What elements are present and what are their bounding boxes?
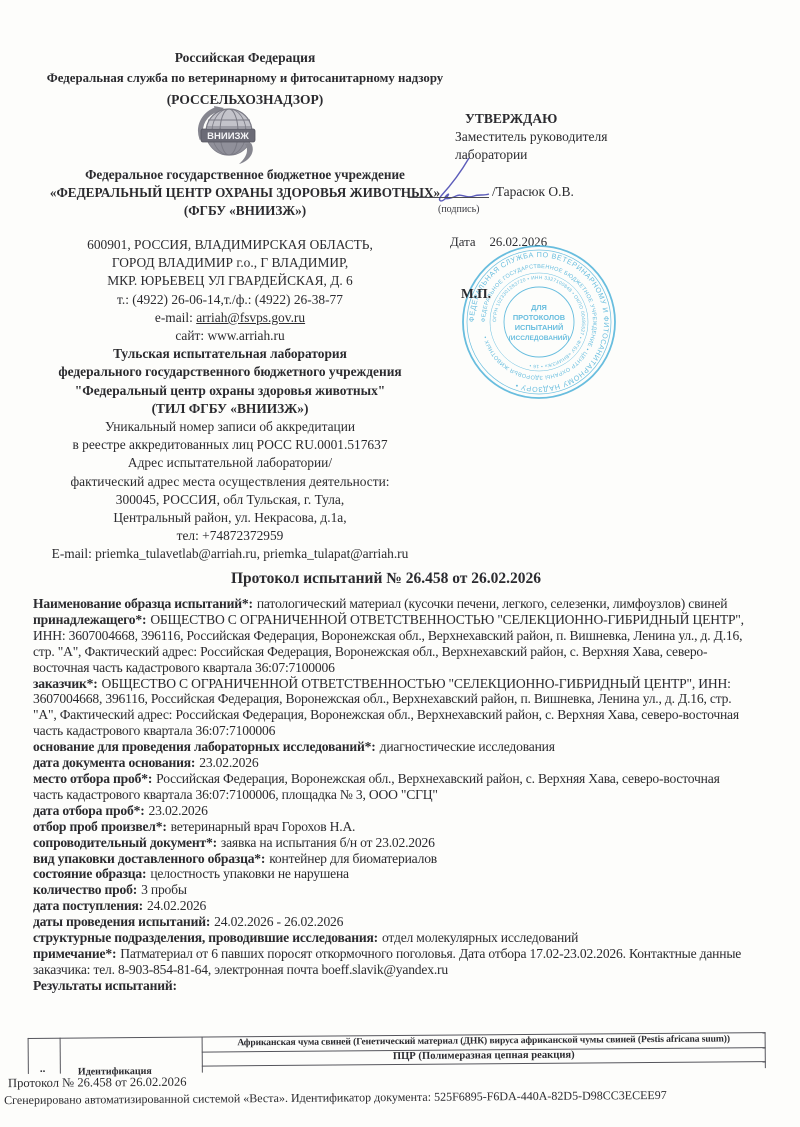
seal-place-mark: М.П.	[461, 286, 491, 302]
footer-protocol-ref: Протокол № 26.458 от 26.02.2026	[8, 1075, 187, 1091]
table-border	[765, 1032, 766, 1068]
field-label: дата документа основания:	[33, 755, 195, 770]
lab-address-line: E-mail: priemka_tulavetlab@arriah.ru, pr…	[30, 545, 430, 563]
protocol-field: основание для проведения лабораторных ис…	[33, 739, 749, 755]
scanned-protocol-page: Российская Федерация Федеральная служба …	[0, 0, 800, 1127]
institution-block: Федеральное государственное бюджетное уч…	[30, 166, 460, 220]
institution-line: «ФЕДЕРАЛЬНЫЙ ЦЕНТР ОХРАНЫ ЗДОРОВЬЯ ЖИВОТ…	[30, 184, 460, 202]
government-header: Российская Федерация Федеральная служба …	[30, 47, 460, 110]
protocol-field: примечание*:Патматериал от 6 павших поро…	[33, 946, 749, 978]
protocol-field: дата отбора проб*:23.02.2026	[33, 803, 749, 819]
protocol-fields: Наименование образца испытаний*:патологи…	[33, 596, 749, 994]
lab-address-line: "Федеральный центр охраны здоровья живот…	[30, 382, 430, 400]
field-value: ОБЩЕСТВО С ОГРАНИЧЕННОЙ ОТВЕТСТВЕННОСТЬЮ…	[33, 676, 739, 739]
svg-text:ФЕДЕРАЛЬНАЯ СЛУЖБА ПО ВЕТЕРИНА: ФЕДЕРАЛЬНАЯ СЛУЖБА ПО ВЕТЕРИНАРНОМУ И ФИ…	[467, 250, 611, 394]
protocol-field: место отбора проб*:Российская Федерация,…	[33, 771, 749, 803]
protocol-field: Результаты испытаний:	[33, 978, 749, 994]
field-value: диагностические исследования	[380, 739, 555, 754]
lab-address-line: e-mail: arriah@fsvps.gov.ru	[30, 309, 430, 327]
protocol-field: вид упаковки доставленного образца*:конт…	[33, 851, 749, 867]
lab-address-line: в реестре аккредитованных лиц РОСС RU.00…	[30, 436, 430, 454]
lab-address-line: Центральный район, ул. Некрасова, д.1а,	[30, 509, 430, 527]
lab-address-line: (ТИЛ ФГБУ «ВНИИЗЖ»)	[30, 400, 430, 418]
lab-address-line: МКР. ЮРЬЕВЕЦ УЛ ГВАРДЕЙСКАЯ, Д. 6	[30, 272, 430, 290]
field-value: контейнер для биоматериалов	[269, 851, 437, 866]
protocol-field: Наименование образца испытаний*:патологи…	[33, 596, 749, 612]
lab-address-line: Адрес испытательной лаборатории/	[30, 454, 430, 472]
protocol-title: Протокол испытаний № 26.458 от 26.02.202…	[30, 570, 742, 588]
field-label: принадлежащего*:	[33, 612, 146, 627]
field-label: сопроводительный документ*:	[33, 835, 217, 850]
field-label: дата отбора проб*:	[33, 803, 145, 818]
protocol-field: даты проведения испытаний:24.02.2026 - 2…	[33, 914, 749, 930]
logo-text: ВНИИЗЖ	[207, 131, 249, 142]
protocol-field: принадлежащего*:ОБЩЕСТВО С ОГРАНИЧЕННОЙ …	[33, 612, 749, 676]
field-value: 24.02.2026	[147, 898, 206, 913]
protocol-field: количество проб:3 пробы	[33, 882, 749, 898]
email-link: arriah@fsvps.gov.ru	[196, 310, 305, 325]
protocol-field: дата поступления:24.02.2026	[33, 898, 749, 914]
field-label: даты проведения испытаний:	[33, 914, 210, 929]
protocol-field: отбор проб произвел*:ветеринарный врач Г…	[33, 819, 749, 835]
field-label: отбор проб произвел*:	[33, 819, 167, 834]
lab-address-line: Тульская испытательная лаборатория	[30, 345, 430, 363]
results-and-footer: Африканская чума свиней (Генетический ма…	[0, 1024, 800, 1127]
stamp-center-line: (ИССЛЕДОВАНИЙ)	[509, 333, 570, 342]
agency-line: Федеральная служба по ветеринарному и фи…	[30, 68, 460, 89]
signature-line	[408, 197, 489, 198]
field-label: структурные подразделения, проводившие и…	[33, 930, 378, 945]
field-value: отдел молекулярных исследований	[382, 930, 578, 945]
protocol-field: состояние образца:целостность упаковки н…	[33, 866, 749, 882]
field-value: 24.02.2026 - 26.02.2026	[214, 914, 343, 929]
stamp-center-line: ПРОТОКОЛОВ	[513, 313, 565, 322]
laboratory-address-block: 600901, РОССИЯ, ВЛАДИМИРСКАЯ ОБЛАСТЬ, ГО…	[30, 236, 430, 564]
protocol-field: заказчик*:ОБЩЕСТВО С ОГРАНИЧЕННОЙ ОТВЕТС…	[33, 676, 749, 740]
field-value: патологический материал (кусочки печени,…	[257, 596, 728, 611]
lab-address-line: ГОРОД ВЛАДИМИР г.о., Г ВЛАДИМИР,	[30, 254, 430, 272]
scan-corner-marks: ..	[40, 1063, 46, 1075]
lab-address-line: федерального государственного бюджетного…	[30, 363, 430, 381]
lab-address-line: тел: +74872372959	[30, 527, 430, 545]
field-label: состояние образца:	[33, 866, 146, 881]
field-value: 23.02.2026	[199, 755, 258, 770]
signer-name: /Тарасюк О.В.	[492, 184, 574, 200]
lab-address-line: фактический адрес места осуществления де…	[30, 473, 430, 491]
field-label: заказчик*:	[33, 676, 98, 691]
lab-address-line: т.: (4922) 26-06-14,т./ф.: (4922) 26-38-…	[30, 291, 430, 309]
lab-address-line: 300045, РОССИЯ, обл Тульская, г. Тула,	[30, 491, 430, 509]
institution-line: Федеральное государственное бюджетное уч…	[30, 166, 460, 184]
footer-generated-line: Сгенерировано автоматизированной системо…	[4, 1088, 667, 1108]
table-border	[28, 1038, 29, 1074]
vniizh-logo-icon: ВНИИЗЖ	[192, 105, 262, 169]
institution-line: (ФГБУ «ВНИИЗЖ»)	[30, 202, 460, 220]
protocol-field: структурные подразделения, проводившие и…	[33, 930, 749, 946]
protocol-field: дата документа основания:23.02.2026	[33, 755, 749, 771]
field-label: основание для проведения лабораторных ис…	[33, 739, 376, 754]
signature-caption: (подпись)	[438, 204, 480, 215]
country-line: Российская Федерация	[30, 47, 460, 68]
stamp-center-line: ИСПЫТАНИЙ	[515, 323, 564, 332]
lab-address-line: 600901, РОССИЯ, ВЛАДИМИРСКАЯ ОБЛАСТЬ,	[30, 236, 430, 254]
lab-address-line: сайт: www.arriah.ru	[30, 327, 430, 345]
svg-text:ФЕДЕРАЛЬНОЕ ГОСУДАРСТВЕННОЕ БЮ: ФЕДЕРАЛЬНОЕ ГОСУДАРСТВЕННОЕ БЮДЖЕТНОЕ УЧ…	[481, 264, 597, 380]
field-value: 3 пробы	[141, 882, 187, 897]
stamp-middle-ring-text: ФЕДЕРАЛЬНОЕ ГОСУДАРСТВЕННОЕ БЮДЖЕТНОЕ УЧ…	[481, 264, 597, 380]
signature-stroke	[405, 152, 505, 207]
field-value: Патматериал от 6 павших поросят откормоч…	[33, 946, 741, 977]
field-label: Наименование образца испытаний*:	[33, 596, 253, 611]
lab-address-line: Уникальный номер записи об аккредитации	[30, 418, 430, 436]
field-label: Результаты испытаний:	[33, 978, 177, 993]
stamp-outer-ring-text: ФЕДЕРАЛЬНАЯ СЛУЖБА ПО ВЕТЕРИНАРНОМУ И ФИ…	[467, 250, 611, 394]
field-label: дата поступления:	[33, 898, 143, 913]
stamp-center-line: ДЛЯ	[531, 303, 547, 312]
field-label: количество проб:	[33, 882, 137, 897]
field-label: вид упаковки доставленного образца*:	[33, 851, 265, 866]
round-stamp-icon: ФЕДЕРАЛЬНАЯ СЛУЖБА ПО ВЕТЕРИНАРНОМУ И ФИ…	[460, 243, 618, 401]
approve-label: УТВЕРЖДАЮ	[455, 110, 625, 128]
approver-position: Заместитель руководителя	[455, 128, 625, 146]
field-value: ветеринарный врач Горохов Н.А.	[171, 819, 356, 834]
field-value: 23.02.2026	[149, 803, 208, 818]
field-value: заявка на испытания б/н от 23.02.2026	[221, 835, 435, 850]
field-label: примечание*:	[33, 946, 116, 961]
field-label: место отбора проб*:	[33, 771, 152, 786]
protocol-field: сопроводительный документ*:заявка на исп…	[33, 835, 749, 851]
field-value: целостность упаковки не нарушена	[150, 866, 349, 881]
